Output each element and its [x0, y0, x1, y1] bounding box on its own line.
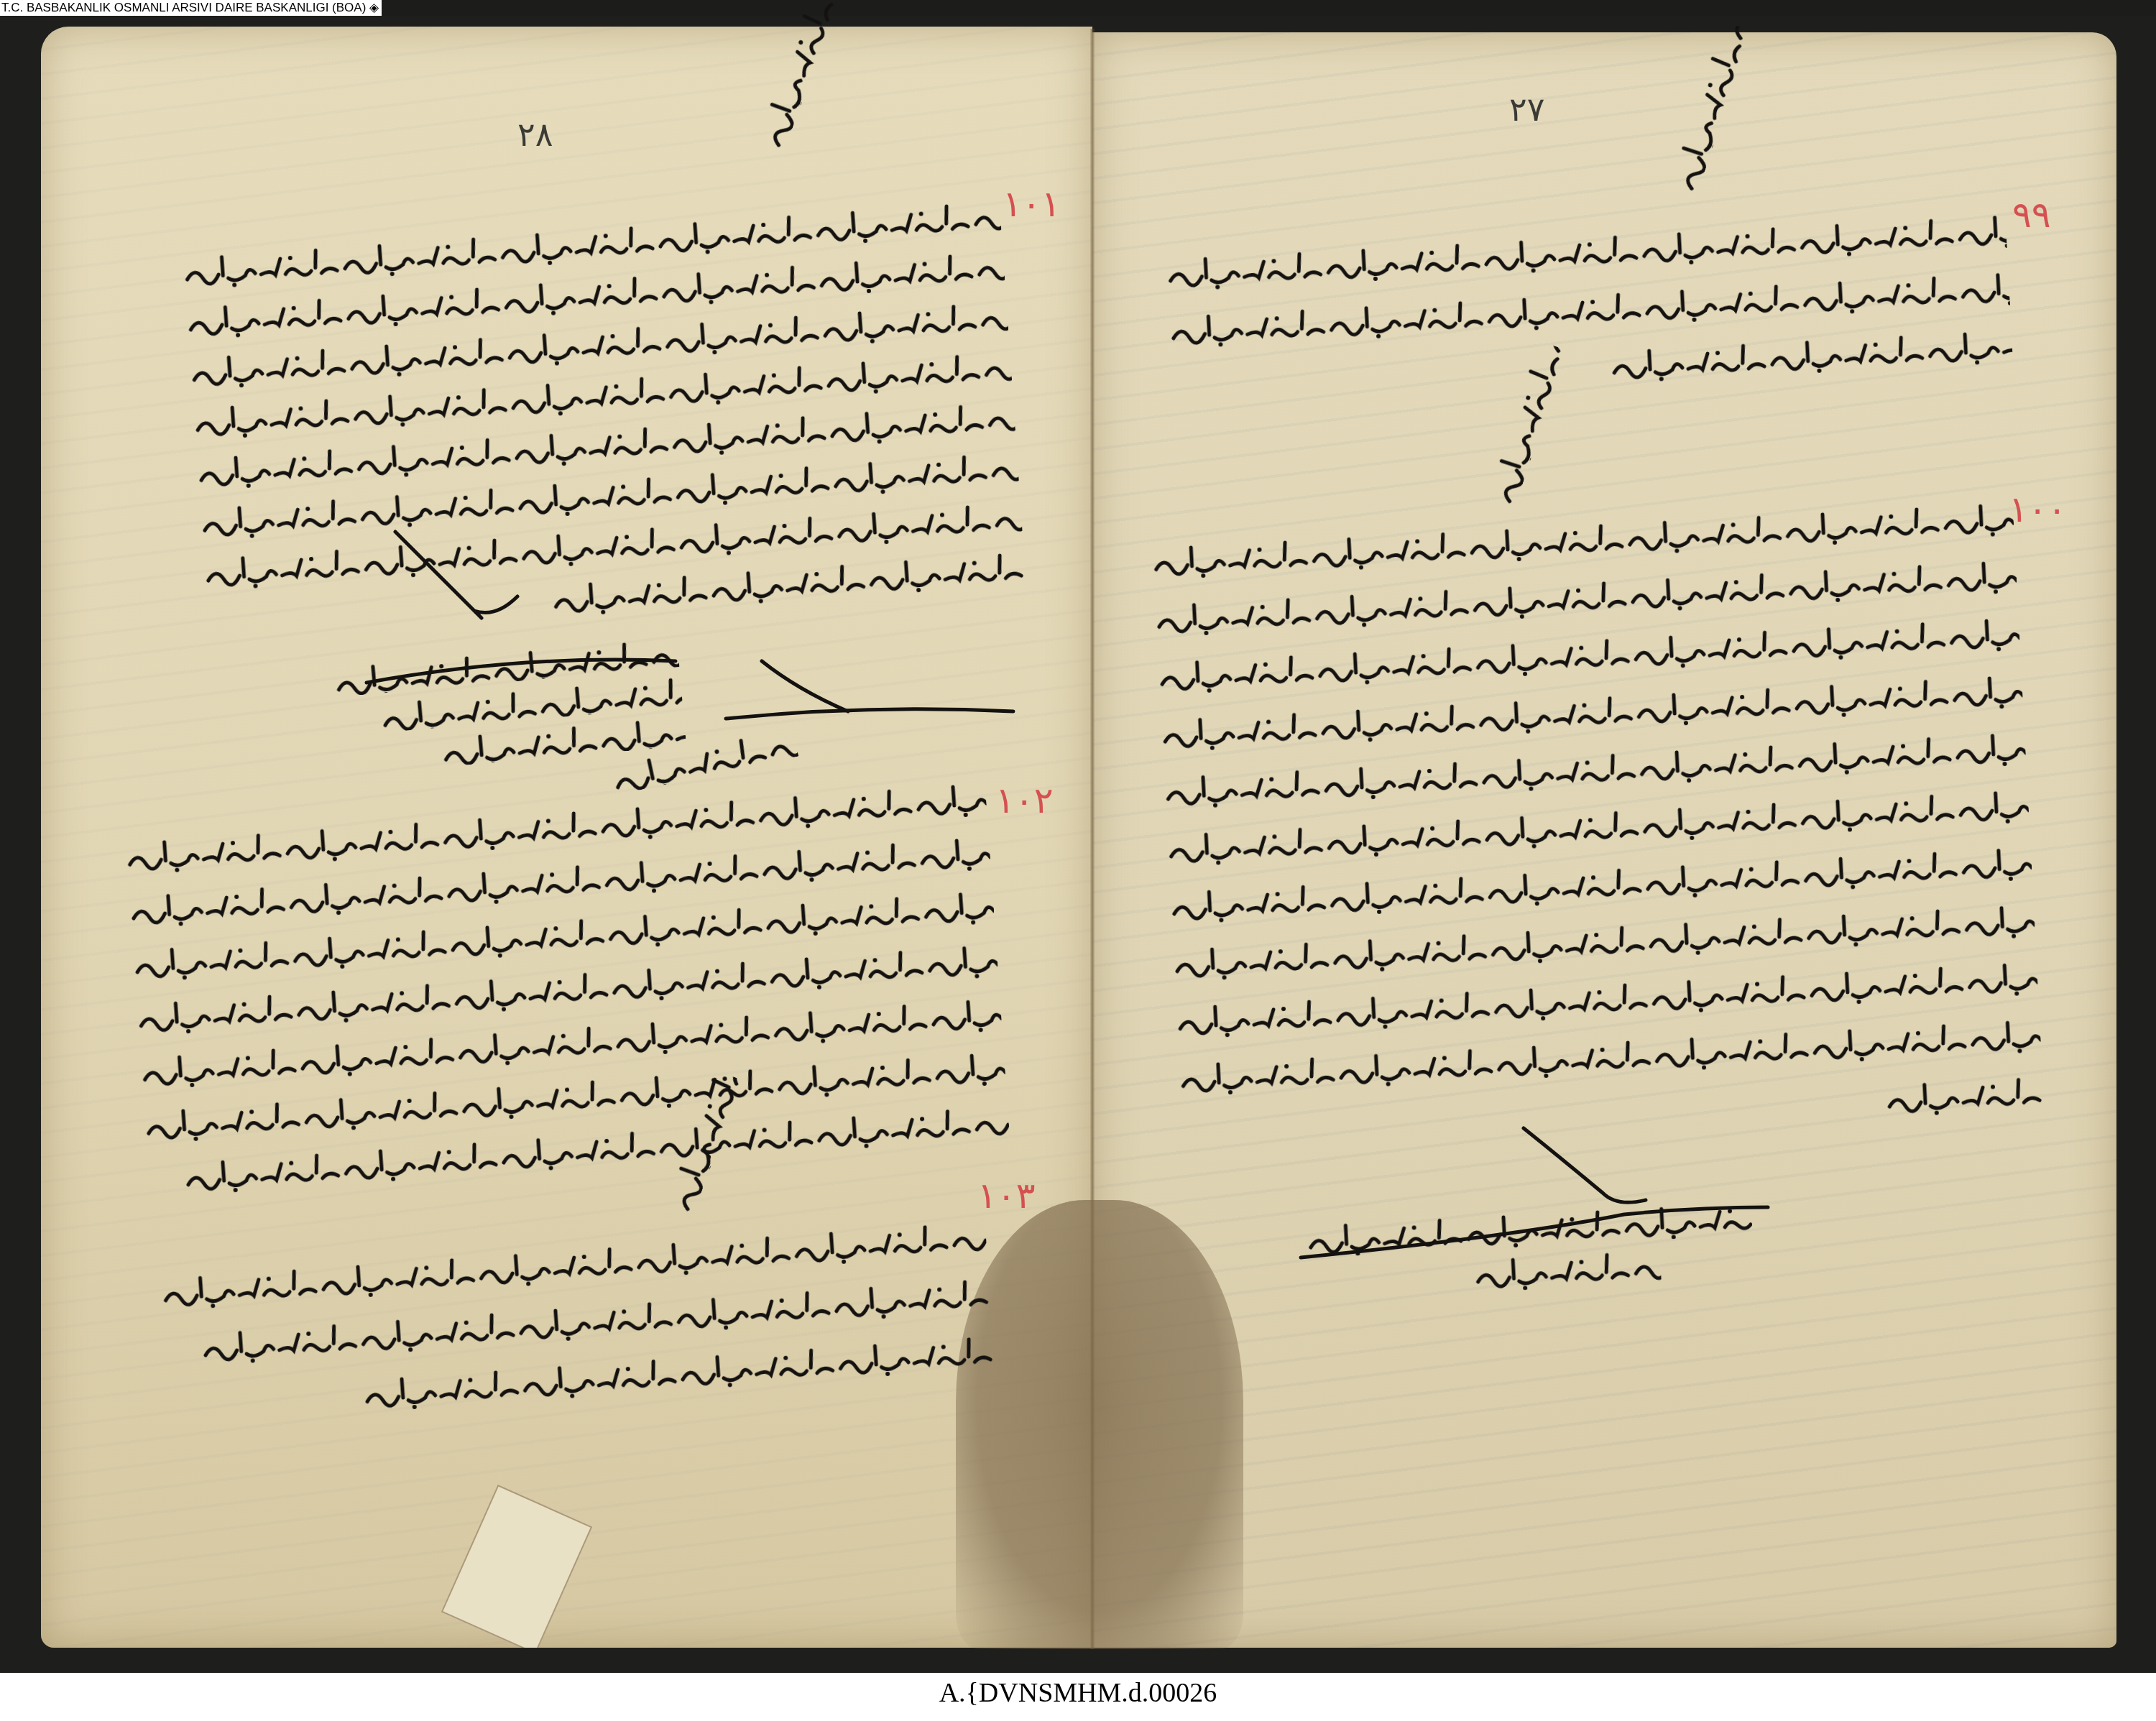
- archive-label: T.C. BASBAKANLIK OSMANLI ARSIVI DAIRE BA…: [0, 0, 382, 16]
- water-stain: [956, 1200, 1243, 1649]
- entry-number-101: ١٠١: [1003, 183, 1061, 225]
- entry-number-102: ١٠٢: [995, 780, 1054, 821]
- entry-100-text: [1151, 496, 2045, 1158]
- entry-101-text: [182, 194, 1027, 652]
- left-folio-number: ٢٨: [517, 115, 553, 154]
- entry-number-103: ١٠٣: [977, 1175, 1036, 1217]
- right-folio-number: ٢٧: [1509, 90, 1544, 129]
- entry-number-100: ١٠٠: [2009, 489, 2067, 530]
- marginal-annotation-mark: [388, 525, 546, 640]
- document-reference-code: A.{DVNSMHM.d.00026: [0, 1677, 2156, 1709]
- entry-number-99: ٩٩: [2012, 194, 2051, 236]
- marginal-annotation-mark: [719, 647, 1021, 733]
- entry-102-text: [124, 776, 1010, 1209]
